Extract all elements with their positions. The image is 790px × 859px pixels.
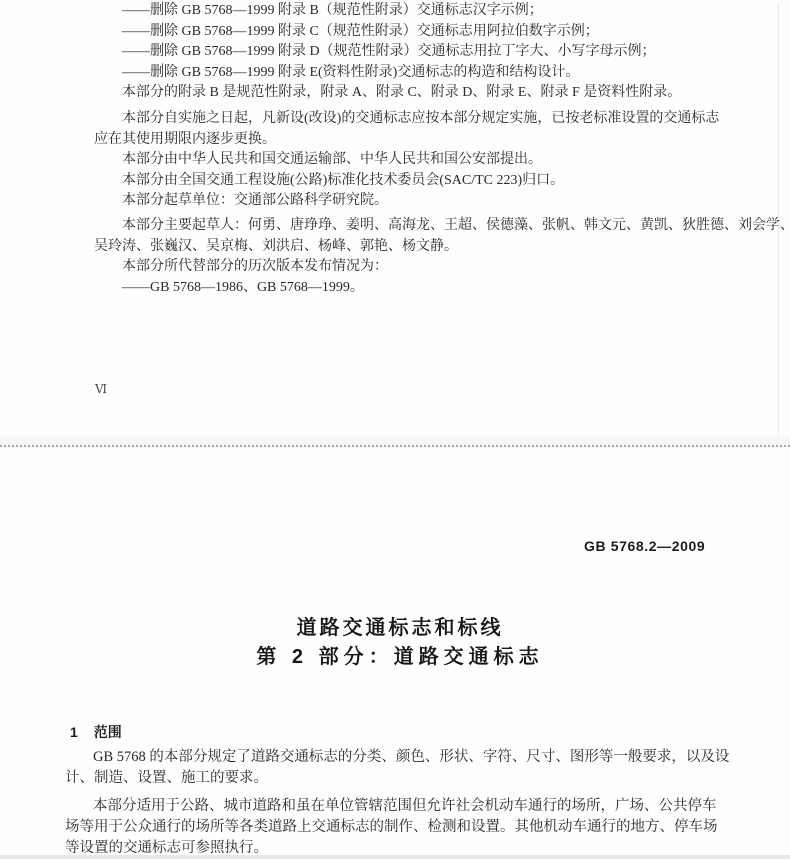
document-title-line1: 道路交通标志和标线	[50, 617, 750, 639]
scope-text-block: GB 5768 的本部分规定了道路交通标志的分类、颜色、形状、字符、尺寸、图形等…	[65, 747, 757, 859]
foreword-line: 本部分自实施之日起，凡新设(改设)的交通标志应按本部分规定实施，已按老标准设置的…	[94, 109, 726, 130]
scope-line: GB 5768 的本部分规定了道路交通标志的分类、颜色、形状、字符、尺寸、图形等…	[65, 747, 757, 768]
standard-code-header: GB 5768.2—2009	[584, 538, 705, 554]
section-heading: 1范围	[70, 722, 122, 742]
foreword-line: 吴玲涛、张巍汉、吴京梅、刘洪启、杨峰、郭艳、杨文静。	[94, 237, 726, 258]
scan-edge-artifact-line	[778, 4, 779, 436]
scanned-standard-document: ——删除 GB 5768—1999 附录 B（规范性附录）交通标志汉字示例； —…	[0, 0, 790, 859]
foreword-line: ——删除 GB 5768—1999 附录 E(资料性附录)交通标志的构造和结构设…	[94, 63, 726, 84]
foreword-line: 本部分起草单位：交通部公路科学研究院。	[94, 191, 726, 212]
page-number: Ⅵ	[95, 382, 108, 397]
foreword-line: ——删除 GB 5768—1999 附录 B（规范性附录）交通标志汉字示例；	[94, 1, 726, 22]
foreword-text-block: ——删除 GB 5768—1999 附录 B（规范性附录）交通标志汉字示例； —…	[94, 1, 726, 298]
scope-line: 计、制造、设置、施工的要求。	[65, 768, 757, 789]
foreword-line: 本部分由全国交通工程设施(公路)标准化技术委员会(SAC/TC 223)归口。	[94, 171, 726, 192]
bottom-page-crop-band	[0, 855, 790, 859]
document-title-line2: 第 2 部分：道路交通标志	[50, 646, 750, 668]
foreword-line: ——删除 GB 5768—1999 附录 C（规范性附录）交通标志用阿拉伯数字示…	[94, 22, 726, 43]
foreword-line: 应在其使用期限内逐步更换。	[94, 130, 726, 151]
foreword-line: ——删除 GB 5768—1999 附录 D（规范性附录）交通标志用拉丁字大、小…	[94, 42, 726, 63]
section-title: 范围	[94, 724, 122, 740]
page-separator	[0, 436, 790, 447]
scope-line: 场等用于公众通行的场所等各类道路上交通标志的制作、检测和设置。其他机动车通行的地…	[65, 817, 757, 838]
foreword-line: 本部分的附录 B 是规范性附录，附录 A、附录 C、附录 D、附录 E、附录 F…	[94, 83, 726, 104]
foreword-line: 本部分所代替部分的历次版本发布情况为：	[94, 257, 726, 278]
section-number: 1	[70, 724, 78, 740]
foreword-line: 本部分由中华人民共和国交通运输部、中华人民共和国公安部提出。	[94, 150, 726, 171]
foreword-line: ——GB 5768—1986、GB 5768—1999。	[94, 278, 726, 299]
document-title: 道路交通标志和标线 第 2 部分：道路交通标志	[50, 617, 750, 668]
foreword-line: 本部分主要起草人：何勇、唐琤琤、姜明、高海龙、王超、侯德藻、张帆、韩文元、黄凯、…	[94, 216, 726, 237]
scope-line: 本部分适用于公路、城市道路和虽在单位管辖范围但允许社会机动车通行的场所，广场、公…	[65, 796, 757, 817]
